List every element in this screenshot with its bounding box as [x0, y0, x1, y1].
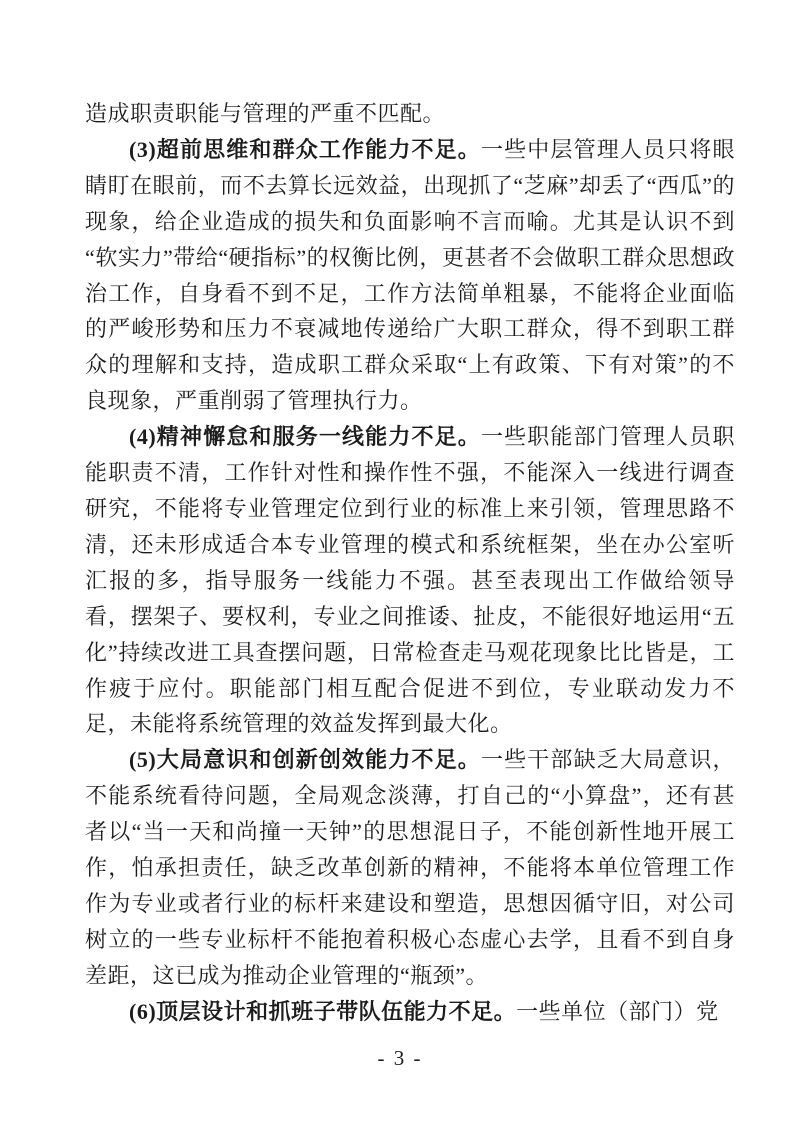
- paragraph-3-heading: (3)超前思维和群众工作能力不足。: [129, 137, 481, 162]
- paragraph-4-heading: (4)精神懈怠和服务一线能力不足。: [129, 424, 481, 449]
- paragraph-4-text: 一些职能部门管理人员职能职责不清，工作针对性和操作性不强，不能深入一线进行调查研…: [85, 424, 735, 736]
- paragraph-6: (6)顶层设计和抓班子带队伍能力不足。一些单位（部门）党: [85, 994, 735, 1030]
- paragraph-6-heading: (6)顶层设计和抓班子带队伍能力不足。: [129, 999, 516, 1024]
- document-page: 造成职责职能与管理的严重不匹配。 (3)超前思维和群众工作能力不足。一些中层管理…: [0, 0, 800, 1132]
- paragraph-3-text: 一些中层管理人员只将眼睛盯在眼前，而不去算长远效益，出现抓了“芝麻”却丢了“西瓜…: [85, 137, 735, 413]
- paragraph-5-text: 一些干部缺乏大局意识，不能系统看待问题，全局观念淡薄，打自己的“小算盘”，还有甚…: [85, 747, 735, 987]
- paragraph-6-text: 一些单位（部门）党: [516, 999, 719, 1024]
- page-number: - 3 -: [0, 1046, 800, 1071]
- document-body: 造成职责职能与管理的严重不匹配。 (3)超前思维和群众工作能力不足。一些中层管理…: [85, 96, 735, 1030]
- paragraph-continuation: 造成职责职能与管理的严重不匹配。: [85, 96, 735, 132]
- paragraph-5-heading: (5)大局意识和创新创效能力不足。: [129, 747, 481, 772]
- paragraph-4: (4)精神懈怠和服务一线能力不足。一些职能部门管理人员职能职责不清，工作针对性和…: [85, 419, 735, 742]
- paragraph-5: (5)大局意识和创新创效能力不足。一些干部缺乏大局意识，不能系统看待问题，全局观…: [85, 742, 735, 993]
- paragraph-text: 造成职责职能与管理的严重不匹配。: [85, 101, 445, 126]
- paragraph-3: (3)超前思维和群众工作能力不足。一些中层管理人员只将眼睛盯在眼前，而不去算长远…: [85, 132, 735, 419]
